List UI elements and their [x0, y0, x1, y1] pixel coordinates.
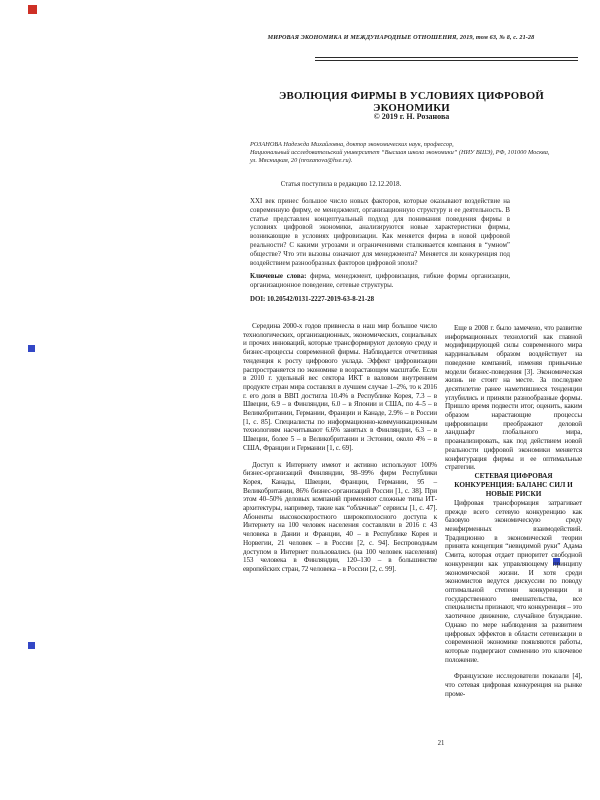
article-byline: © 2019 г. Н. Розанова — [243, 112, 580, 121]
affiliation-line: Национальный исследовательский университ… — [250, 149, 550, 157]
page-number: 21 — [420, 740, 462, 747]
blue-registration-mark-left-lower — [28, 642, 35, 649]
journal-page-scan: МИРОВАЯ ЭКОНОМИКА И МЕЖДУНАРОДНЫЕ ОТНОШЕ… — [0, 0, 600, 800]
keywords-label: Ключевые слова: — [250, 273, 306, 280]
red-registration-mark — [28, 5, 37, 14]
article-title: ЭВОЛЮЦИЯ ФИРМЫ В УСЛОВИЯХ ЦИФРОВОЙ ЭКОНО… — [243, 90, 580, 114]
affiliation-line: ул. Мясницкая, 20 (nrozanova@hse.ru). — [250, 157, 550, 165]
abstract-text: XXI век принес большое число новых факто… — [250, 198, 510, 268]
body-paragraph: Еще в 2008 г. было замечено, что развити… — [445, 324, 582, 472]
header-double-rule — [315, 57, 578, 61]
body-column-right: Еще в 2008 г. было замечено, что развити… — [445, 324, 582, 698]
body-paragraph: Французские исследователи показали [4], … — [445, 672, 582, 698]
body-paragraph: Доступ к Интернету имеют и активно испол… — [243, 461, 437, 574]
received-date-note: Статья поступила в редакцию 12.12.2018. — [250, 181, 432, 188]
section-heading: СЕТЕВАЯ ЦИФРОВАЯ КОНКУРЕНЦИЯ: БАЛАНС СИЛ… — [445, 472, 582, 499]
doi-label: DOI: — [250, 296, 265, 303]
doi-value: 10.20542/0131-2227-2019-63-8-21-28 — [265, 296, 374, 303]
blue-registration-mark-left-upper — [28, 345, 35, 352]
running-head: МИРОВАЯ ЭКОНОМИКА И МЕЖДУНАРОДНЫЕ ОТНОШЕ… — [243, 34, 559, 41]
body-column-left: Середина 2000-х годов привнесла в наш ми… — [243, 322, 437, 574]
body-paragraph: Середина 2000-х годов привнесла в наш ми… — [243, 322, 437, 453]
doi-line: DOI: 10.20542/0131-2227-2019-63-8-21-28 — [250, 296, 510, 305]
front-matter-block: XXI век принес большое число новых факто… — [250, 198, 510, 305]
body-paragraph: Цифровая трансформация затрагивает прежд… — [445, 499, 582, 664]
author-affiliation: РОЗАНОВА Надежда Михайловна, доктор экон… — [250, 141, 550, 166]
affiliation-line: РОЗАНОВА Надежда Михайловна, доктор экон… — [250, 141, 550, 149]
keywords-line: Ключевые слова: фирма, менеджмент, цифро… — [250, 273, 510, 291]
